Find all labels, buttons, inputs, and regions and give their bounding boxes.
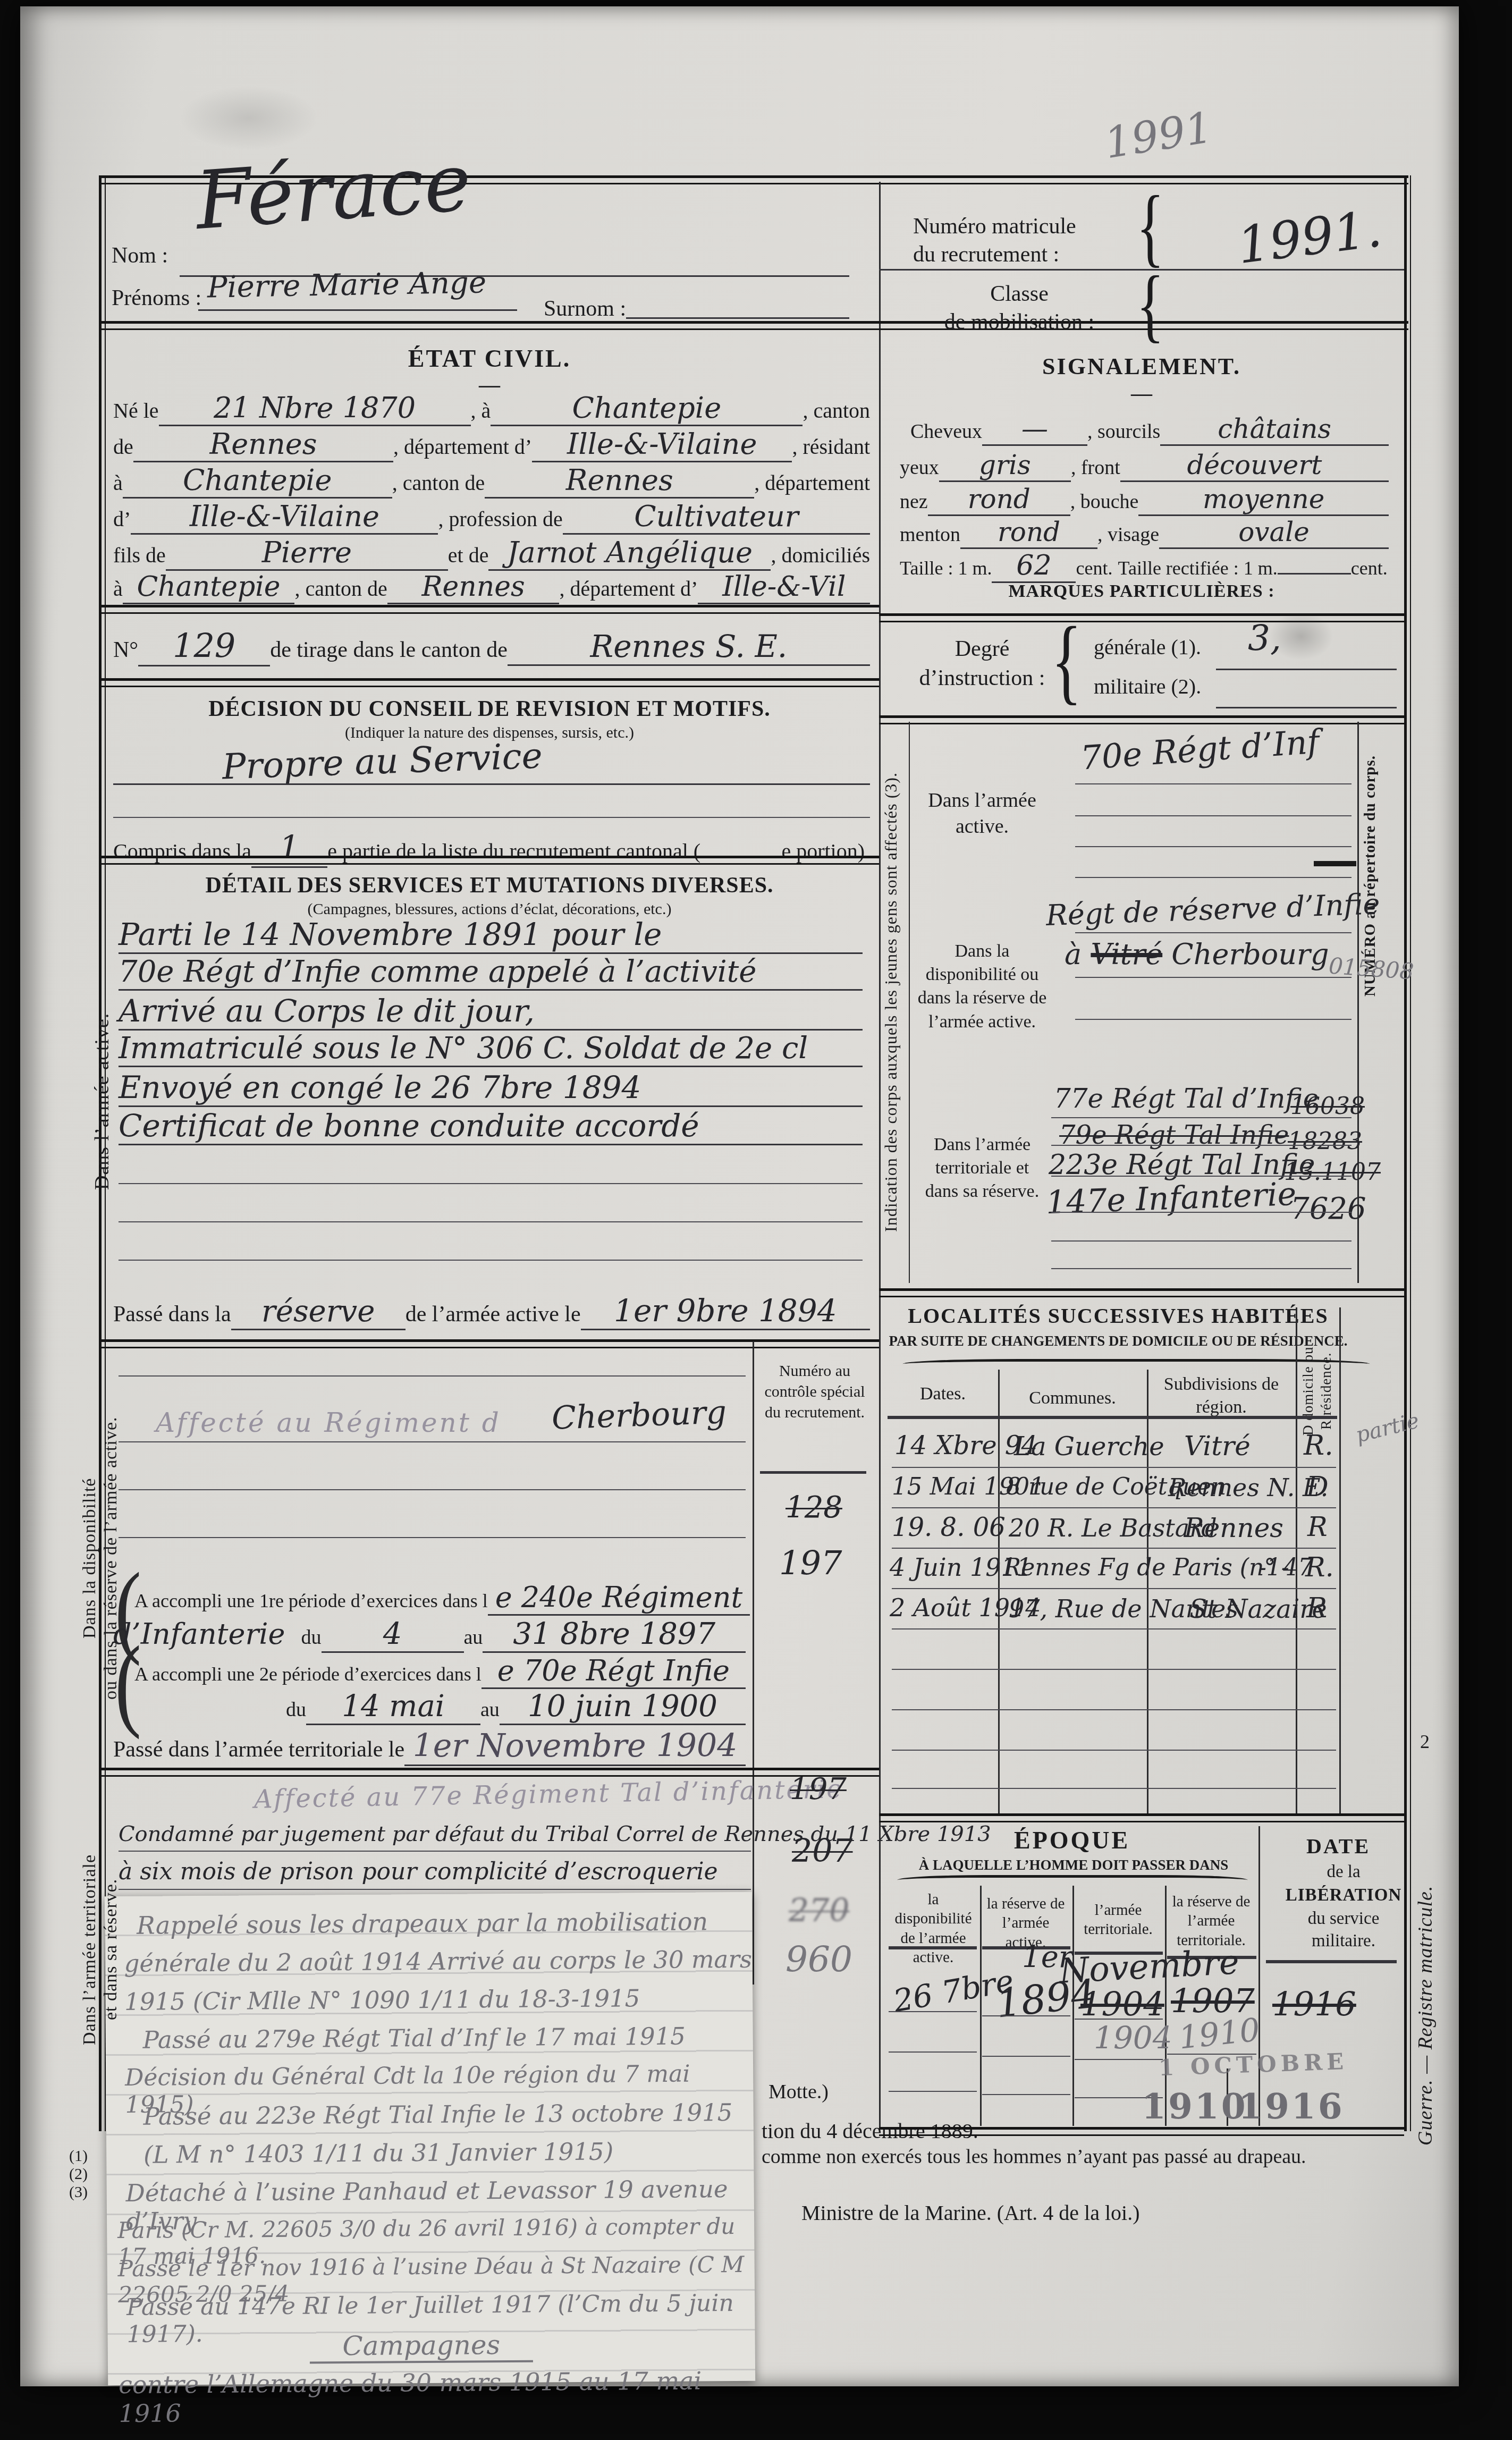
etat-civil-line: d’ Ille-&-Vilaine , profession de Cultiv… <box>113 500 870 535</box>
field-label: Né le <box>113 398 159 423</box>
controle-number: 270 <box>789 1892 850 1929</box>
passe-reserve-line: Passé dans la réserve de l’armée active … <box>113 1293 870 1330</box>
localite-dr: R <box>1307 1512 1328 1542</box>
prenoms-underline <box>198 309 517 311</box>
label: Cheveux <box>910 420 982 443</box>
instruction-brace: { <box>1051 606 1082 716</box>
corps-terr-number: 7626 <box>1290 1192 1366 1226</box>
ruled-line <box>119 1489 746 1490</box>
ruled-line <box>119 1221 863 1222</box>
ruled-line <box>1075 815 1351 816</box>
epoque-year-terr-pencil: 1904 <box>1094 2020 1172 2056</box>
field-label: , à <box>471 398 491 423</box>
field-value: Pierre <box>166 536 448 571</box>
col-header-subdivisions: Subdivisions de région. <box>1147 1373 1296 1419</box>
label: , sourcils <box>1087 420 1160 443</box>
corps-terr-number: 16038 <box>1290 1093 1365 1120</box>
blank-field <box>1278 573 1351 575</box>
epoque-date-label: de la <box>1290 1862 1397 1882</box>
ruled-line <box>119 1183 863 1184</box>
ruled-line <box>1075 2059 1163 2060</box>
periode1-line: A accompli une 1re période d’exercices d… <box>134 1581 746 1616</box>
header-rule <box>889 1946 977 1949</box>
field-label: , résidant <box>792 434 870 459</box>
corps-terr-entry: 77e Régt Tal d’Infie <box>1054 1083 1319 1114</box>
field-label: et de <box>448 543 489 568</box>
epoque-year-resterr-pencil: 1910 <box>1177 2011 1262 2057</box>
field-label: , profession de <box>438 506 562 531</box>
footnote-marker: (3) <box>69 2183 88 2201</box>
signalement-row: nez rond , bouche moyenne <box>900 484 1389 516</box>
affecte-stamp-line: Affecté au 77e Régiment Tal d’infanterie <box>254 1774 843 1814</box>
field-value: Rennes <box>387 571 560 604</box>
service-entry: Parti le 14 Novembre 1891 pour le <box>119 916 863 954</box>
passe-territoriale-line: Passé dans l’armée territoriale le 1er N… <box>113 1727 746 1766</box>
localites-title: LOCALITÉS SUCCESSIVES HABITÉES <box>879 1303 1357 1328</box>
ruled-line <box>1075 1019 1351 1020</box>
generale-underline <box>1216 669 1397 670</box>
localite-dr: R <box>1306 1592 1327 1624</box>
divider <box>100 605 879 614</box>
label: cent. <box>1076 557 1112 579</box>
matricule-label: Numéro matriculedu recrutement : <box>913 213 1076 268</box>
field-label: , département d’ <box>559 576 698 601</box>
field-label: à <box>113 576 123 601</box>
signalement-underdash: — <box>879 381 1404 406</box>
footnote-marker: (2) <box>69 2165 88 2183</box>
header-rule <box>1266 1960 1397 1963</box>
margin-label-disponibilite: ou dans la réserve de l’armée active. <box>101 1346 122 1771</box>
prenoms-value: Pierre Marie Ange <box>207 265 486 305</box>
ruled-line <box>1051 1145 1351 1146</box>
label: , bouche <box>1070 490 1139 513</box>
epoque-year-terr-struck: 1904 <box>1080 1985 1164 2023</box>
epoque-date-title: DATE <box>1306 1834 1370 1859</box>
field-label: à <box>113 470 123 495</box>
ruled-line <box>889 2051 977 2053</box>
value: réserve <box>231 1294 406 1330</box>
ruled-line <box>892 1467 1336 1468</box>
field-label: , canton <box>803 398 870 423</box>
label: Passé dans l’armée territoriale le <box>113 1737 404 1762</box>
taille-row: Taille : 1 m. 62 cent. Taille rectifiée … <box>900 550 1394 583</box>
ruled-line <box>119 1260 863 1261</box>
paper-stain <box>180 86 318 150</box>
localite-dr: R. <box>1305 1552 1334 1583</box>
family-name-signature: Férace <box>193 136 474 248</box>
campagnes-title: Campagnes <box>310 2329 533 2364</box>
service-entry: Envoyé en congé le 26 7bre 1894 <box>119 1069 863 1107</box>
service-entry: Immatriculé sous le N° 306 C. Soldat de … <box>119 1031 863 1067</box>
ruled-line <box>892 1788 1336 1789</box>
corps-dispo-label: Dans la disponibilité ou dans la réserve… <box>914 940 1050 1034</box>
margin-label-disponibilite: Dans la disponibilité <box>80 1346 101 1771</box>
etat-civil-line: de Rennes , département d’ Ille-&-Vilain… <box>113 427 870 462</box>
controle-number: 197 <box>779 1543 842 1582</box>
field-value: Ille-&-Vil <box>698 571 870 604</box>
label: Taille : 1 m. <box>900 557 992 579</box>
footnote-fragment: Motte.) <box>768 2080 829 2104</box>
controle-label: Numéro au contrôle spécial du recrutemen… <box>759 1361 871 1423</box>
epoque-title: ÉPOQUE <box>1014 1826 1130 1854</box>
table-column-line <box>1339 1307 1341 1813</box>
ruled-line <box>1051 1268 1351 1269</box>
etat-civil-title: ÉTAT CIVIL. <box>100 344 879 373</box>
footnote-fragment: Ministre de la Marine. (Art. 4 de la loi… <box>801 2200 1139 2225</box>
corner-pencil-number: 1991 <box>1101 103 1216 168</box>
footnote-marker: (1) <box>69 2147 88 2165</box>
label: au <box>480 1698 500 1721</box>
signalement-title: SIGNALEMENT. <box>879 353 1404 380</box>
ruled-line <box>1075 977 1351 978</box>
value: ovale <box>1159 517 1389 549</box>
etat-civil-line: fils de Pierre et de Jarnot Angélique , … <box>113 536 870 571</box>
generale-label: générale (1). <box>1094 635 1201 660</box>
epoque-col-header: l’armée territoriale. <box>1074 1901 1163 1939</box>
ruled-line <box>1051 1212 1351 1213</box>
epoque-date-label: du service <box>1290 1909 1397 1929</box>
col-header-dates: Dates. <box>888 1384 998 1404</box>
ruled-line <box>892 1709 1336 1710</box>
militaire-label: militaire (2). <box>1094 674 1201 699</box>
marques-label: MARQUES PARTICULIÈRES : <box>879 581 1404 602</box>
field-label: d’ <box>113 506 131 531</box>
label: A accompli une 2e période d’exercices da… <box>134 1663 482 1685</box>
ruled-line <box>1051 1176 1351 1177</box>
localite-date: 19. 8. 06 <box>892 1513 1006 1542</box>
classe-brace: { <box>1136 258 1164 352</box>
field-value: Ille-&-Vilaine <box>532 427 792 462</box>
note-line: (L M n° 1403 1/11 du 31 Janvier 1915) <box>143 2138 613 2169</box>
label: cent. <box>1351 557 1388 579</box>
ruled-line <box>892 1507 1336 1508</box>
note-line: Passé au 279e Régt Tial d’Inf le 17 mai … <box>143 2022 686 2054</box>
controle-column-divider <box>753 1341 754 1985</box>
frame-right-rule <box>1404 175 1411 2131</box>
value: e 240e Régiment <box>488 1581 750 1616</box>
ruled-line <box>119 1537 746 1538</box>
table-header-rule <box>888 1416 1337 1419</box>
etat-civil-line: Né le 21 Nbre 1870 , à Chantepie , canto… <box>113 391 870 426</box>
decision-title: DÉCISION DU CONSEIL DE REVISION ET MOTIF… <box>100 696 879 722</box>
controle-number: 960 <box>785 1939 852 1980</box>
ruled-line <box>1075 846 1351 847</box>
margin-label-territoriale: Dans l’armée territoriale <box>80 1774 101 2125</box>
table-column-line <box>980 1886 982 2126</box>
divider <box>879 1813 1404 1822</box>
field-value: Ille-&-Vilaine <box>131 500 438 535</box>
value: 14 mai <box>306 1689 480 1725</box>
ruled-line <box>119 1375 746 1377</box>
ruled-line <box>119 1889 751 1890</box>
tirage-canton-value: Rennes S. E. <box>508 628 870 666</box>
corps-left-vertical-label: Indication des corps auxquels les jeunes… <box>881 722 906 1283</box>
corps-reserve-value: Régt de réserve d’Infie <box>1045 887 1380 932</box>
periode2-line2: du 14 mai au 10 juin 1900 <box>286 1689 746 1725</box>
condamne-line: Condamné par jugement par défaut du Trib… <box>119 1822 751 1846</box>
localite-subdiv: Vitré <box>1184 1431 1251 1462</box>
field-value: Chantepie <box>123 463 392 499</box>
epoque-date-label: LIBÉRATION <box>1280 1886 1407 1905</box>
service-entry: Certificat de bonne conduite accordé <box>119 1108 863 1145</box>
edge-page-number: 2 <box>1420 1730 1430 1753</box>
field-label: , canton de <box>392 470 485 495</box>
label: Taille rectifiée : 1 m. <box>1112 557 1277 579</box>
field-value: Chantepie <box>491 391 803 426</box>
ruled-line <box>119 1851 751 1852</box>
value: 31 8bre 1897 <box>483 1617 746 1653</box>
year-stamp-1916: 1916 <box>1238 2086 1345 2127</box>
tirage-line: N° 129 de tirage dans le canton de Renne… <box>113 626 870 666</box>
paper-sheet: 1991 Férace Nom : Prénoms : Pierre Marie… <box>20 6 1459 2386</box>
corps-active-label: Dans l’armée active. <box>921 788 1043 840</box>
tirage-no-label: N° <box>113 637 138 663</box>
ruled-line <box>892 1588 1336 1589</box>
tirage-no-value: 129 <box>138 626 270 666</box>
surnom-underline <box>626 317 849 319</box>
ruled-line <box>892 1750 1336 1751</box>
note-line: générale du 2 août 1914 Arrivé au corps … <box>124 1945 753 1978</box>
field-value: Rennes <box>485 463 754 499</box>
divider <box>100 856 879 865</box>
name-block-bottom-rule <box>100 321 1408 330</box>
field-label: de <box>113 434 133 459</box>
decision-line <box>113 817 870 818</box>
nom-label: Nom : <box>112 243 168 268</box>
localite-subdiv: -1- <box>1258 1554 1289 1581</box>
field-label: , canton de <box>294 576 387 601</box>
epoque-col-header: la réserve de l’armée territoriale. <box>1166 1892 1256 1950</box>
localite-subdiv: Rennes N. E. <box>1168 1473 1328 1502</box>
margin-pencil-note: partie <box>1353 1408 1422 1448</box>
service-entry: 70e Régt d’Infie comme appelé à l’activi… <box>119 955 863 991</box>
field-label: , département <box>754 470 870 495</box>
note-line: Rappelé sous les drapeaux par la mobilis… <box>137 1907 708 1940</box>
label: au <box>464 1626 483 1649</box>
instruction-label: Degréd’instruction : <box>913 635 1051 693</box>
label: de l’armée active le <box>406 1302 581 1327</box>
paper-stain <box>1269 612 1333 660</box>
table-column-line <box>1258 1826 1260 2126</box>
label: yeux <box>900 456 939 479</box>
surnom-label: Surnom : <box>544 296 626 322</box>
epoque-subtitle: À LAQUELLE L’HOMME DOIT PASSER DANS <box>888 1857 1260 1873</box>
edge-imprint-guerre: Guerre. — Registre matricule. <box>1414 1766 1440 2265</box>
epoque-col-header: la disponibilité de l’armée active. <box>889 1890 978 1967</box>
ruled-line <box>1051 1240 1351 1242</box>
margin-label-armee-active: Dans l’armée active. <box>90 899 114 1303</box>
localite-commune: La Guerche <box>1014 1432 1164 1462</box>
periode2-line: A accompli une 2e période d’exercices da… <box>134 1654 746 1689</box>
corps-active-value: 70e Régt d’Inf <box>1079 722 1321 777</box>
controle-rule <box>760 1471 866 1474</box>
matricule-value: 1991. <box>1234 200 1384 275</box>
field-value: Chantepie <box>123 571 295 604</box>
value: 1er 9bre 1894 <box>581 1293 870 1330</box>
divider <box>879 715 1404 724</box>
divider <box>879 1288 1404 1297</box>
affecte-regiment-faded: Affecté au Régiment d <box>156 1407 501 1438</box>
field-label: fils de <box>113 543 166 568</box>
value: e 70e Régt Infie <box>482 1654 746 1689</box>
ruled-line <box>889 2011 977 2012</box>
repertoire-pencil-number: 015808 <box>1328 952 1414 984</box>
ruled-line <box>119 1441 746 1442</box>
field-value: 21 Nbre 1870 <box>159 391 471 426</box>
affecte-regiment-value: Cherbourg <box>551 1394 727 1437</box>
ruled-line <box>1075 2019 1163 2020</box>
ruled-line <box>892 1669 1336 1670</box>
prenoms-label: Prénoms : <box>112 285 201 311</box>
condamne-line: à six mois de prison pour complicité d’e… <box>119 1858 718 1885</box>
field-value: Cultivateur <box>563 500 870 535</box>
epoque-date-label: militaire. <box>1290 1931 1397 1951</box>
label: menton <box>900 523 960 546</box>
controle-number: 197 <box>790 1772 847 1806</box>
ruled-line <box>982 2015 1070 2016</box>
controle-number: 128 <box>785 1490 842 1525</box>
campagnes-line: contre l’Allemagne du 30 mars 1915 au 17… <box>119 2366 756 2428</box>
corps-reserve-location: à Vitré Cherbourg <box>1065 938 1329 971</box>
localites-subtitle: PAR SUITE DE CHANGEMENTS DE DOMICILE OU … <box>879 1333 1357 1349</box>
classe-label: Classede mobilisation : <box>924 280 1115 336</box>
value: 4 <box>322 1617 464 1653</box>
localite-subdiv: Rennes <box>1184 1513 1283 1543</box>
col-header-communes: Communes. <box>998 1388 1147 1408</box>
struck-location: Vitré <box>1091 938 1162 971</box>
divider <box>100 678 879 687</box>
corps-terr-entry: 147e Infanterie <box>1045 1176 1297 1221</box>
label: du <box>285 1626 322 1649</box>
services-subtitle: (Campagnes, blessures, actions d’éclat, … <box>100 900 879 918</box>
value: rond <box>960 517 1097 549</box>
field-value: Jarnot Angélique <box>488 536 771 571</box>
decision-line <box>113 783 870 785</box>
localite-dr: D <box>1306 1471 1329 1503</box>
value: gris <box>939 450 1071 482</box>
ruled-line <box>1051 1117 1351 1118</box>
services-title: DÉTAIL DES SERVICES ET MUTATIONS DIVERSE… <box>100 873 879 898</box>
pasted-note-paper: Rappelé sous les drapeaux par la mobilis… <box>105 1892 755 2385</box>
epoque-year-lib-struck: 1916 <box>1272 1985 1356 2023</box>
signalement-row: yeux gris , front découvert <box>900 450 1389 482</box>
tirage-text: de tirage dans le canton de <box>270 637 508 663</box>
field-label: , domiciliés <box>771 543 870 568</box>
ruled-line <box>892 1548 1336 1549</box>
year-stamp-1910: 1910 <box>1142 2086 1248 2127</box>
field-value: Rennes <box>133 427 393 462</box>
localite-dr: R. <box>1304 1430 1333 1462</box>
field-label: , département d’ <box>393 434 532 459</box>
militaire-underline <box>1216 707 1397 708</box>
ruled-line <box>892 1628 1336 1630</box>
value: rond <box>928 484 1070 516</box>
ruled-line <box>1075 783 1351 784</box>
corps-terr-label: Dans l’armée territoriale et dans sa rés… <box>918 1133 1046 1204</box>
corps-inner-divider <box>909 722 910 1283</box>
value: moyenne <box>1138 484 1389 516</box>
footnote-fragment: comme non exercés tous les hommes n’ayan… <box>762 2145 1306 2168</box>
note-line: Passé au 223e Régt Tial Infie le 13 octo… <box>143 2098 733 2131</box>
ruled-line <box>889 2091 977 2092</box>
label: , front <box>1071 456 1120 479</box>
signalement-row: menton rond , visage ovale <box>900 517 1389 549</box>
decision-value: Propre au Service <box>222 736 543 788</box>
label: du <box>286 1698 306 1721</box>
signalement-row: Cheveux — , sourcils châtains <box>910 413 1389 446</box>
ruled-line <box>1075 932 1351 933</box>
value: 1er Novembre 1904 <box>404 1727 746 1766</box>
label: Passé dans la <box>113 1302 231 1327</box>
note-line: 1915 (Cir Mlle N° 1090 1/11 du 18-3-1915 <box>124 1984 640 2016</box>
value: 62 <box>992 550 1076 583</box>
margin-label-territoriale: et dans sa réserve. <box>101 1774 122 2125</box>
etat-civil-line: à Chantepie , canton de Rennes , départe… <box>113 571 870 604</box>
scanned-register-page: 1991 Férace Nom : Prénoms : Pierre Marie… <box>0 0 1512 2440</box>
swash-divider <box>897 1875 1248 1885</box>
etat-civil-line: à Chantepie , canton de Rennes , départe… <box>113 463 870 499</box>
value: 10 juin 1900 <box>500 1689 746 1725</box>
label: , visage <box>1097 523 1159 546</box>
ruled-line <box>1075 877 1351 878</box>
value: châtains <box>1160 413 1389 446</box>
divider <box>879 2127 1404 2136</box>
label: A accompli une 1re période d’exercices d… <box>134 1590 488 1612</box>
corps-terr-number: 13.1107 <box>1284 1159 1381 1186</box>
service-entry: Arrivé au Corps le dit jour, <box>119 993 863 1031</box>
ruled-line <box>982 2094 1070 2095</box>
repertoire-tick-mark <box>1314 861 1356 866</box>
ruled-line <box>982 2056 1070 2057</box>
divider <box>100 1339 879 1348</box>
value: — <box>982 413 1087 446</box>
periode1-line2: d’Infanterie du 4 au 31 8bre 1897 <box>113 1617 746 1653</box>
label: nez <box>900 490 928 513</box>
value: découvert <box>1120 450 1389 482</box>
